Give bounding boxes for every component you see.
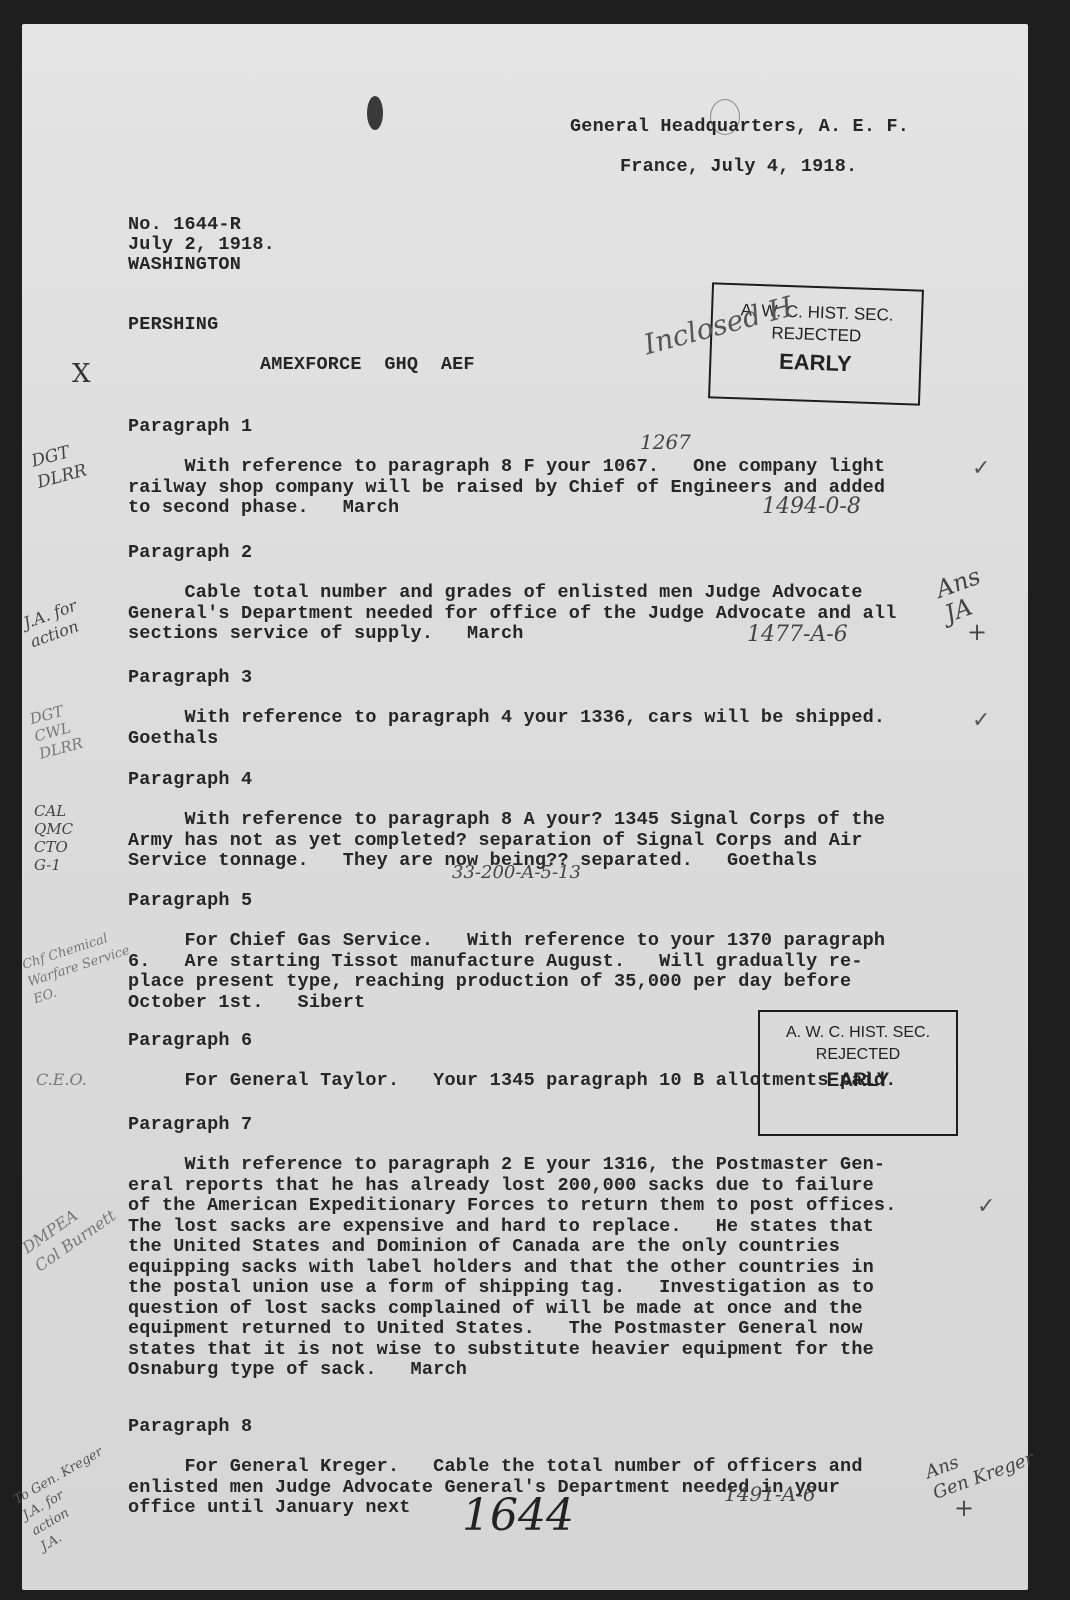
cable-number-handwritten: 1644 (462, 1490, 574, 1541)
file-number: 33-200-A-5-13 (452, 862, 581, 883)
cable-recipient: PERSHING (128, 314, 218, 335)
file-number: 1477-A-6 (747, 622, 848, 647)
paragraph-line: states that it is not wise to substitute… (128, 1339, 874, 1360)
x-mark: X (72, 359, 91, 389)
margin-note: CAL QMC CTO G-1 (34, 802, 73, 874)
paragraph-line: Army has not as yet completed? separatio… (128, 830, 863, 851)
margin-note: DGT CWL DLRR (28, 699, 85, 763)
paragraph-line: equipping sacks with label holders and t… (128, 1257, 874, 1278)
paragraph-heading: Paragraph 6 (128, 1030, 252, 1051)
margin-note: J.A. for action (21, 596, 87, 652)
punch-hole (367, 96, 383, 130)
margin-note: DGT DLRR (29, 438, 89, 494)
margin-note: C.E.O. (36, 1070, 87, 1089)
paragraph-heading: Paragraph 3 (128, 667, 252, 688)
cable-address: AMEXFORCE GHQ AEF (260, 354, 475, 375)
paragraph-line: With reference to paragraph 4 your 1336,… (128, 707, 885, 728)
plus-mark: + (967, 618, 987, 646)
paragraph-line: of the American Expeditionary Forces to … (128, 1195, 897, 1216)
check-mark: ✓ (977, 1194, 995, 1219)
rejected-stamp: A. W. C. HIST. SEC. REJECTED EARLY (758, 1010, 958, 1136)
cable-date: July 2, 1918. (128, 234, 275, 255)
paragraph-heading: Paragraph 5 (128, 890, 252, 911)
paragraph-line: Goethals (128, 728, 218, 749)
paragraph-line: sections service of supply. March (128, 623, 524, 644)
cable-number: No. 1644-R (128, 214, 241, 235)
margin-note: Chf Chemical Warfare Service EO. (20, 925, 138, 1009)
paragraph-line: General's Department needed for office o… (128, 603, 897, 624)
paragraph-line: With reference to paragraph 2 E your 131… (128, 1154, 885, 1175)
check-mark: ✓ (972, 456, 990, 481)
file-number: 1494-0-8 (762, 494, 861, 519)
document-page: General Headquarters, A. E. F. France, J… (22, 24, 1028, 1590)
paragraph-line: the postal union use a form of shipping … (128, 1277, 874, 1298)
paragraph-line: the United States and Dominion of Canada… (128, 1236, 840, 1257)
cable-origin: WASHINGTON (128, 254, 241, 275)
plus-mark: + (954, 1494, 974, 1522)
margin-note: DMPEA Col Burnett (18, 1187, 121, 1277)
paragraph-line: eral reports that he has already lost 20… (128, 1175, 874, 1196)
paragraph-heading: Paragraph 7 (128, 1114, 252, 1135)
paragraph-line: question of lost sacks complained of wil… (128, 1298, 863, 1319)
file-number: 1491-A-6 (724, 1482, 816, 1506)
paragraph-line: For General Kreger. Cable the total numb… (128, 1456, 863, 1477)
paragraph-line: office until January next (128, 1497, 411, 1518)
header-office: General Headquarters, A. E. F. (570, 116, 909, 137)
paragraph-heading: Paragraph 1 (128, 416, 252, 437)
paragraph-line: For Chief Gas Service. With reference to… (128, 930, 885, 951)
ref-correction: 1267 (640, 430, 691, 454)
check-mark: ✓ (972, 708, 990, 733)
paragraph-heading: Paragraph 2 (128, 542, 252, 563)
paragraph-line: The lost sacks are expensive and hard to… (128, 1216, 874, 1237)
paragraph-line: 6. Are starting Tissot manufacture Augus… (128, 951, 863, 972)
paragraph-line: equipment returned to United States. The… (128, 1318, 863, 1339)
paragraph-line: Cable total number and grades of enliste… (128, 582, 863, 603)
rejected-stamp: A. W. C. HIST. SEC. REJECTED EARLY (708, 282, 924, 405)
paragraph-line: With reference to paragraph 8 F your 106… (128, 456, 885, 477)
paragraph-line: With reference to paragraph 8 A your? 13… (128, 809, 885, 830)
paragraph-line: to second phase. March (128, 497, 399, 518)
margin-note: To Gen. Kreger J.A. for action J.A. (11, 1444, 134, 1556)
margin-note: Ans Gen Kreger (923, 1427, 1038, 1505)
paragraph-line: place present type, reaching production … (128, 971, 851, 992)
paragraph-heading: Paragraph 4 (128, 769, 252, 790)
paragraph-line: October 1st. Sibert (128, 992, 365, 1013)
paragraph-line: Osnaburg type of sack. March (128, 1359, 467, 1380)
paragraph-heading: Paragraph 8 (128, 1416, 252, 1437)
header-place-date: France, July 4, 1918. (620, 156, 857, 177)
